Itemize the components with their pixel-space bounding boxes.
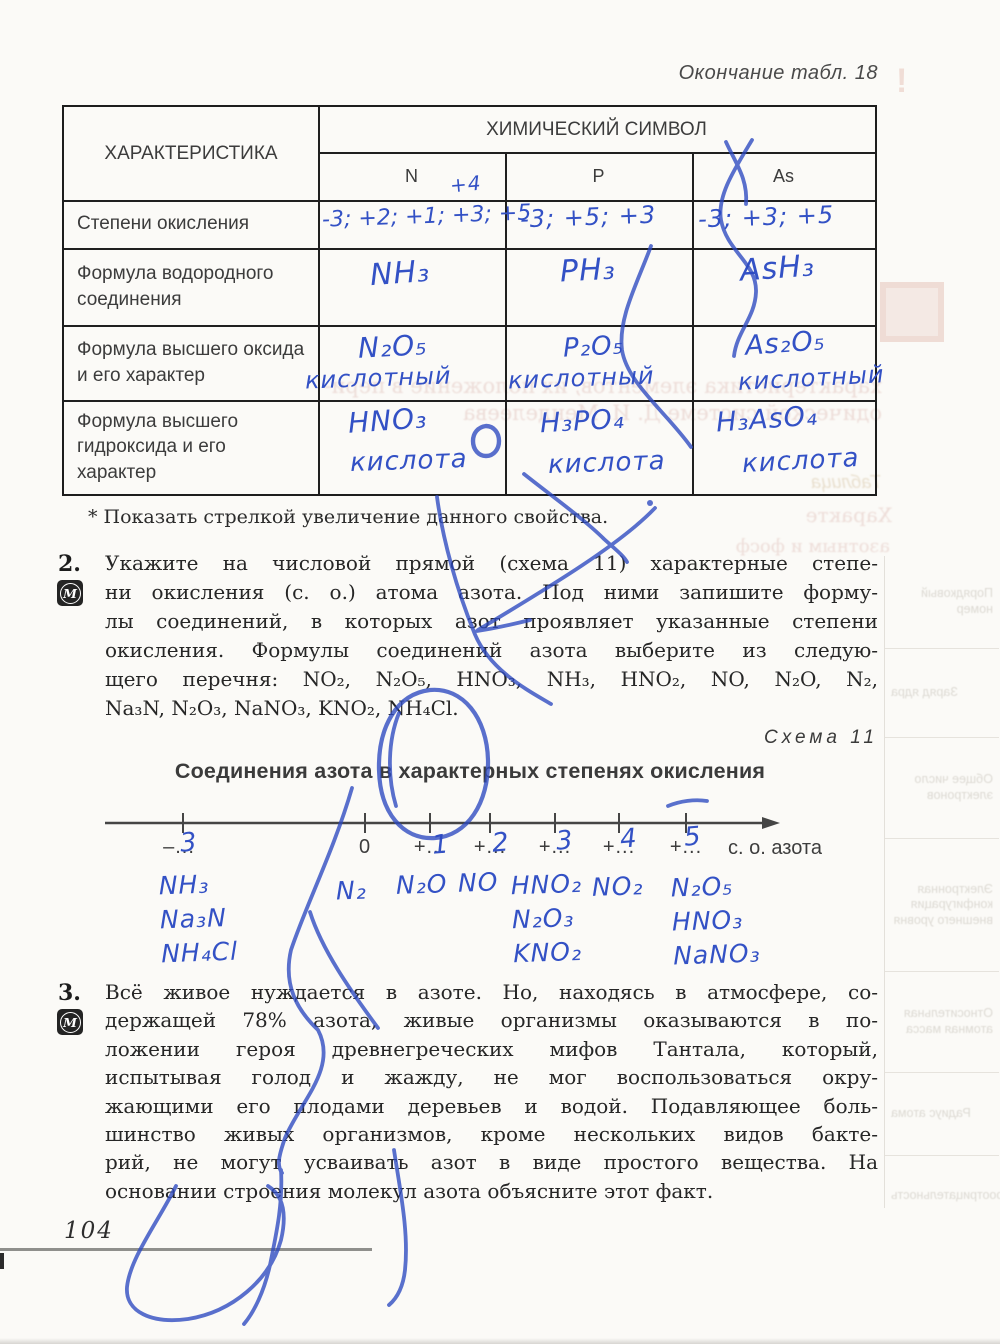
handwritten-formula: NH₃ xyxy=(158,867,236,904)
footer-rule xyxy=(0,1248,372,1251)
handwritten-formula: NO xyxy=(457,865,499,900)
handwritten-answer: As₂O₅ xyxy=(744,325,826,362)
handwritten-formula: NH₄Cl xyxy=(161,935,239,972)
page-number: 104 xyxy=(64,1218,114,1244)
formula-column: N₂ xyxy=(335,873,367,908)
handwritten-digit: 4 xyxy=(619,823,639,854)
handwritten-formula: N₂O₅ xyxy=(670,869,759,906)
handwritten-answer: P₂O₅ xyxy=(562,330,624,363)
task3-line: рий, не могут усваивать азот в виде прос… xyxy=(105,1150,878,1178)
handwritten-answer: NH₃ xyxy=(369,254,431,293)
task3-line: испытывая голод и жажду, не мог воспольз… xyxy=(105,1065,878,1093)
handwritten-answer: N₂O₅ xyxy=(357,328,428,365)
scan-bottom-shadow xyxy=(0,1338,1000,1344)
handwritten-formula: Na₃N xyxy=(159,901,237,938)
handwritten-answer: кислотный xyxy=(508,361,655,394)
handwritten-answer: -3; +5; +3 xyxy=(520,201,657,234)
scan-edge-mark xyxy=(0,1253,4,1269)
handwritten-answer: -3; +3; +5 xyxy=(698,201,835,234)
handwritten-formula: NaNO₃ xyxy=(673,936,762,973)
task3-marker-icon: М xyxy=(57,1009,83,1035)
task3-line: жающими его плодами деревьев и водой. По… xyxy=(105,1094,878,1122)
formula-column: N₂O xyxy=(395,867,448,903)
task3-line: Всё живое нуждается в азоте. Но, находяс… xyxy=(105,980,878,1008)
formula-column: NO xyxy=(457,865,499,900)
handwritten-note: +4 xyxy=(449,171,482,198)
handwritten-formula: N₂O₃ xyxy=(511,901,583,937)
handwritten-digit: 3 xyxy=(555,825,575,856)
handwritten-answer: HNO₃ xyxy=(347,401,428,439)
scanned-page: ! характеристика элементов, их положение… xyxy=(0,0,1000,1344)
handwritten-formula: N₂ xyxy=(335,873,367,908)
handwritten-digit: 3 xyxy=(179,827,199,858)
formula-column: N₂O₅ HNO₃ NaNO₃ xyxy=(670,869,761,974)
axis-label: с. о. азота xyxy=(728,837,822,860)
handwritten-digit: 2 xyxy=(491,827,511,858)
handwritten-formula: HNO₃ xyxy=(671,902,760,939)
handwritten-answer: H₃PO₄ xyxy=(539,404,625,439)
handwritten-answer: AsH₃ xyxy=(739,248,816,288)
handwritten-formula: KNO₂ xyxy=(513,935,585,971)
task3-text: Всё живое нуждается в азоте. Но, находяс… xyxy=(105,980,878,1207)
handwritten-answer: кислота xyxy=(741,443,860,479)
formula-column: HNO₂ N₂O₃ KNO₂ xyxy=(510,867,585,971)
handwritten-digit: 1 xyxy=(431,829,451,860)
task3-line: основании строения молекул азота объясни… xyxy=(105,1179,878,1207)
formula-column: NH₃ Na₃N NH₄Cl xyxy=(158,867,238,972)
handwritten-formula: N₂O xyxy=(395,867,448,903)
handwritten-answer: кислота xyxy=(548,446,666,480)
task3-line: держащей 78% азота, живые организмы оказ… xyxy=(105,1008,878,1036)
marker-letter: М xyxy=(60,1012,81,1033)
handwritten-formula: HNO₂ xyxy=(510,867,582,903)
handwritten-answer: кислота xyxy=(350,444,468,478)
task3-line: шинство живых организмов, кроме нескольк… xyxy=(105,1122,878,1150)
formula-column: NO₂ xyxy=(591,869,644,905)
handwritten-digit: 5 xyxy=(683,821,703,852)
handwritten-answer: кислотный xyxy=(305,361,452,394)
handwritten-formula: NO₂ xyxy=(591,869,644,905)
handwritten-answer: PH₃ xyxy=(559,252,616,290)
task3-line: ложении героя древнегреческих мифов Тант… xyxy=(105,1037,878,1065)
task3-number: 3. xyxy=(58,980,81,1006)
